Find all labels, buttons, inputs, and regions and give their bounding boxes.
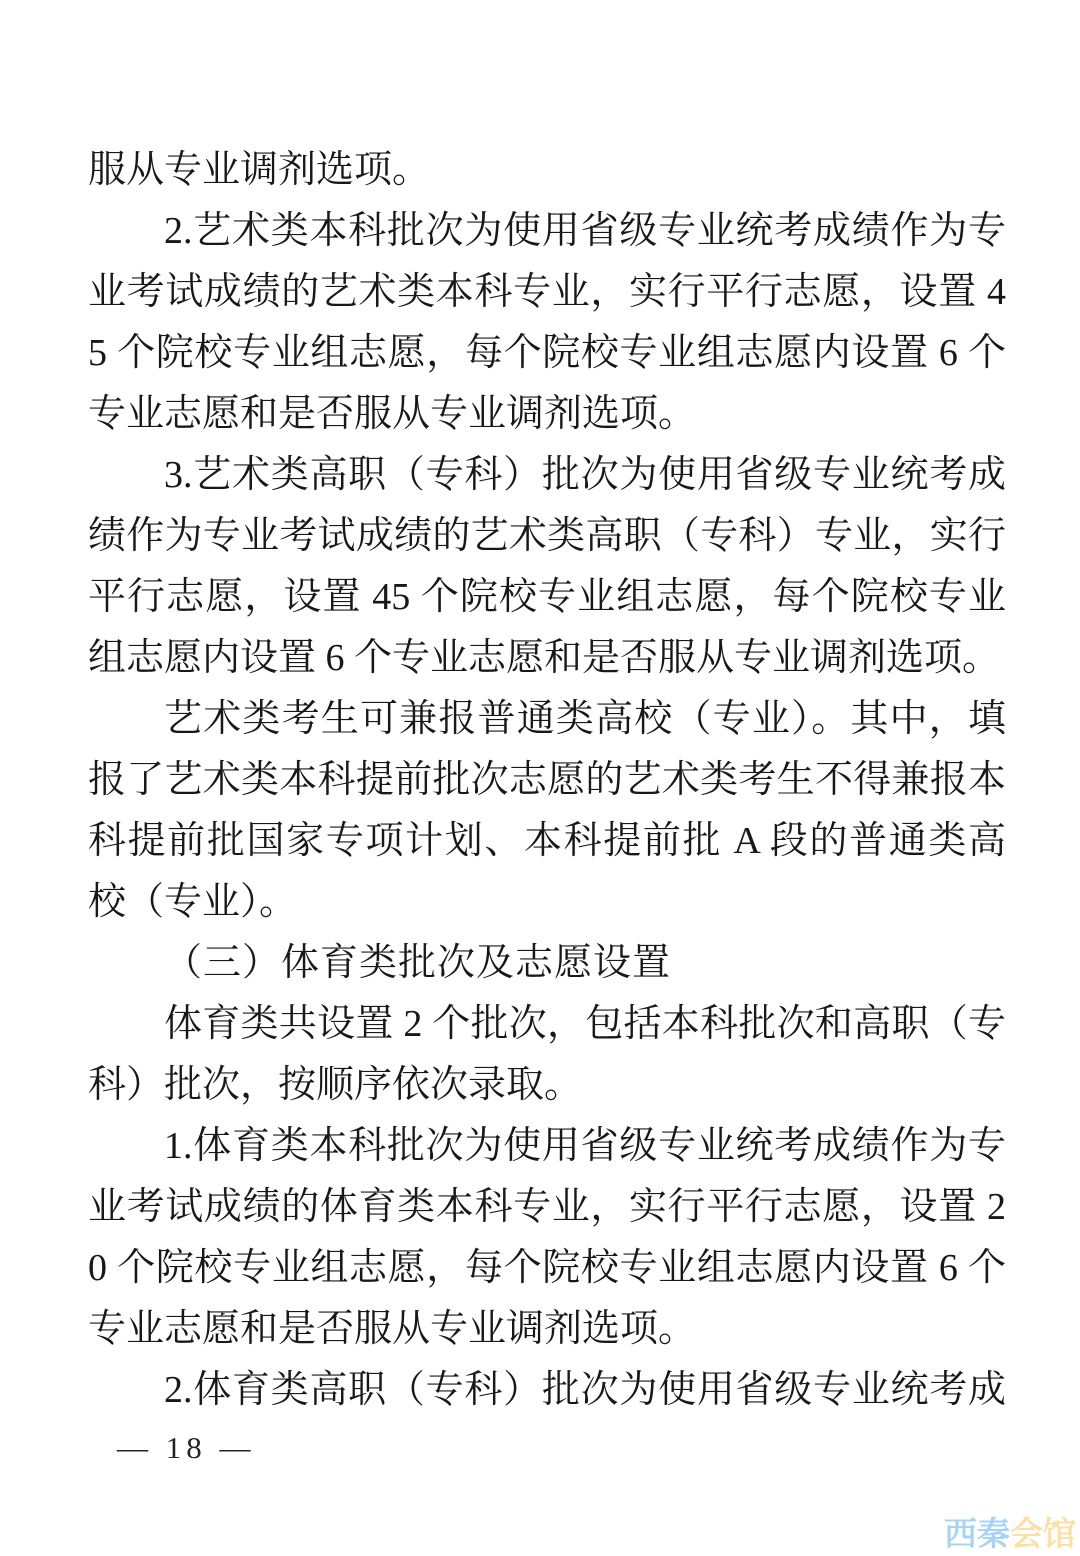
document-body: 服从专业调剂选项。 2.艺术类本科批次为使用省级专业统考成绩作为专业考试成绩的艺…	[88, 140, 1006, 1421]
paragraph: 2.艺术类本科批次为使用省级专业统考成绩作为专业考试成绩的艺术类本科专业，实行平…	[88, 201, 1006, 445]
paragraph: 体育类共设置 2 个批次，包括本科批次和高职（专科）批次，按顺序依次录取。	[88, 994, 1006, 1116]
paragraph: 3.艺术类高职（专科）批次为使用省级专业统考成绩作为专业考试成绩的艺术类高职（专…	[88, 445, 1006, 689]
page-number: — 18 —	[117, 1428, 256, 1468]
section-heading: （三）体育类批次及志愿设置	[88, 933, 1006, 994]
watermark-part2: 会馆	[1010, 1514, 1076, 1553]
paragraph: 艺术类考生可兼报普通类高校（专业）。其中，填报了艺术类本科提前批次志愿的艺术类考…	[88, 689, 1006, 933]
watermark-logo: 西秦会馆	[944, 1517, 1076, 1550]
paragraph: 1.体育类本科批次为使用省级专业统考成绩作为专业考试成绩的体育类本科专业，实行平…	[88, 1116, 1006, 1360]
paragraph: 2.体育类高职（专科）批次为使用省级专业统考成绩作为专业考试成绩的体育类高职（专…	[88, 1360, 1006, 1421]
paragraph: 服从专业调剂选项。	[88, 140, 1006, 201]
watermark-part1: 西秦	[944, 1514, 1010, 1553]
document-page: 服从专业调剂选项。 2.艺术类本科批次为使用省级专业统考成绩作为专业考试成绩的艺…	[0, 0, 1080, 1556]
